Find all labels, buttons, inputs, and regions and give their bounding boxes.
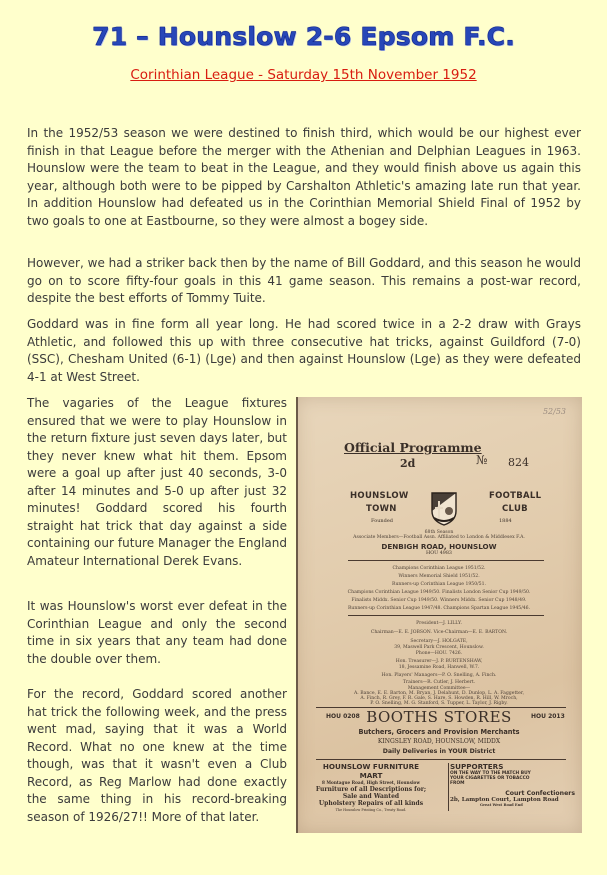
associate-text: Associate Members—Football Assn. Affilia…	[296, 535, 582, 541]
ground-phone: HOU 4983	[296, 551, 582, 556]
furniture-line: Sale and Wanted	[296, 793, 446, 800]
programme-heading: Official Programme	[344, 440, 482, 455]
supporters-line: FROM	[450, 781, 575, 786]
advert-phone-right: HOU 2013	[531, 713, 565, 720]
article-paragraph: It was Hounslow's worst ever defeat in t…	[27, 598, 287, 668]
divider	[316, 759, 566, 760]
shop-name: Court Confectioners	[450, 790, 575, 797]
honour-line: Runners-up Corinthian League 1947/48. Ch…	[296, 606, 582, 612]
shop-note: Great West Road End	[450, 803, 575, 807]
advert-tagline: Butchers, Grocers and Provision Merchant…	[296, 728, 582, 736]
article-paragraph: For the record, Goddard scored another h…	[27, 686, 287, 826]
supporters-heading: SUPPORTERS	[450, 762, 575, 771]
ground-name: DENBIGH ROAD, HOUNSLOW	[296, 542, 582, 551]
club-name-right: FOOTBALL	[489, 491, 541, 501]
official-line: Chairman—E. E. JOBSON. Vice-Chairman—E. …	[296, 630, 582, 636]
furniture-name-2: MART	[296, 771, 446, 780]
advert-address: KINGSLEY ROAD, HOUNSLOW, MIDDX	[296, 738, 582, 745]
match-subtitle: Corinthian League - Saturday 15th Novemb…	[0, 67, 607, 83]
club-name-left-2: TOWN	[366, 504, 397, 514]
divider	[348, 615, 544, 616]
furniture-line: Upholstery Repairs of all kinds	[296, 800, 446, 807]
column-divider	[448, 763, 449, 811]
honour-line: Finalists Middx. Senior Cup 1949/50. Win…	[296, 598, 582, 604]
honour-line: Winners Memorial Shield 1951/52.	[296, 574, 582, 580]
official-line: Hon. Players' Managers—P. O. Snelling, A…	[296, 673, 582, 679]
page-title: 71 – Hounslow 2-6 Epsom F.C.	[0, 22, 607, 51]
programme-number: 824	[508, 456, 529, 469]
honour-line: Champions Corinthian League 1949/50. Fin…	[296, 590, 582, 596]
club-crest-icon	[429, 491, 459, 527]
handwritten-note: 52/53	[543, 407, 566, 416]
printer-credit: The Hounslow Printing Co., Treaty Road.	[296, 807, 446, 813]
advert-deliveries: Daily Deliveries in YOUR District	[296, 748, 582, 755]
divider	[348, 560, 544, 561]
supporters-advert: SUPPORTERS ON THE WAY TO THE MATCH BUY Y…	[450, 762, 575, 807]
official-line: 18, Jessamine Road, Hanwell, W.7.	[296, 665, 582, 671]
article-paragraph: The vagaries of the League fixtures ensu…	[27, 395, 287, 570]
honour-line: Runners-up Corinthian League 1950/51.	[296, 582, 582, 588]
match-programme-image: 52/53 Official Programme 2d № 824 HOUNSL…	[296, 397, 582, 833]
founded-label: Founded	[371, 518, 393, 524]
number-symbol: №	[476, 453, 487, 467]
honour-line: Champions Corinthian League 1951/52.	[296, 566, 582, 572]
official-line: Phone—HOU. 7426.	[296, 651, 582, 657]
furniture-name: HOUNSLOW FURNITURE	[296, 762, 446, 771]
club-name-left: HOUNSLOW	[350, 491, 409, 501]
founded-year: 1884	[499, 518, 512, 524]
article-paragraph: In the 1952/53 season we were destined t…	[27, 125, 581, 230]
programme-price: 2d	[400, 457, 415, 470]
furniture-line: Furniture of all Descriptions for;	[296, 786, 446, 793]
article-paragraph: Goddard was in fine form all year long. …	[27, 316, 581, 386]
article-paragraph: However, we had a striker back then by t…	[27, 255, 581, 308]
club-name-right-2: CLUB	[502, 504, 528, 514]
furniture-advert: HOUNSLOW FURNITURE MART 8 Montague Road,…	[296, 762, 446, 813]
official-line: President—J. LILLY.	[296, 621, 582, 627]
